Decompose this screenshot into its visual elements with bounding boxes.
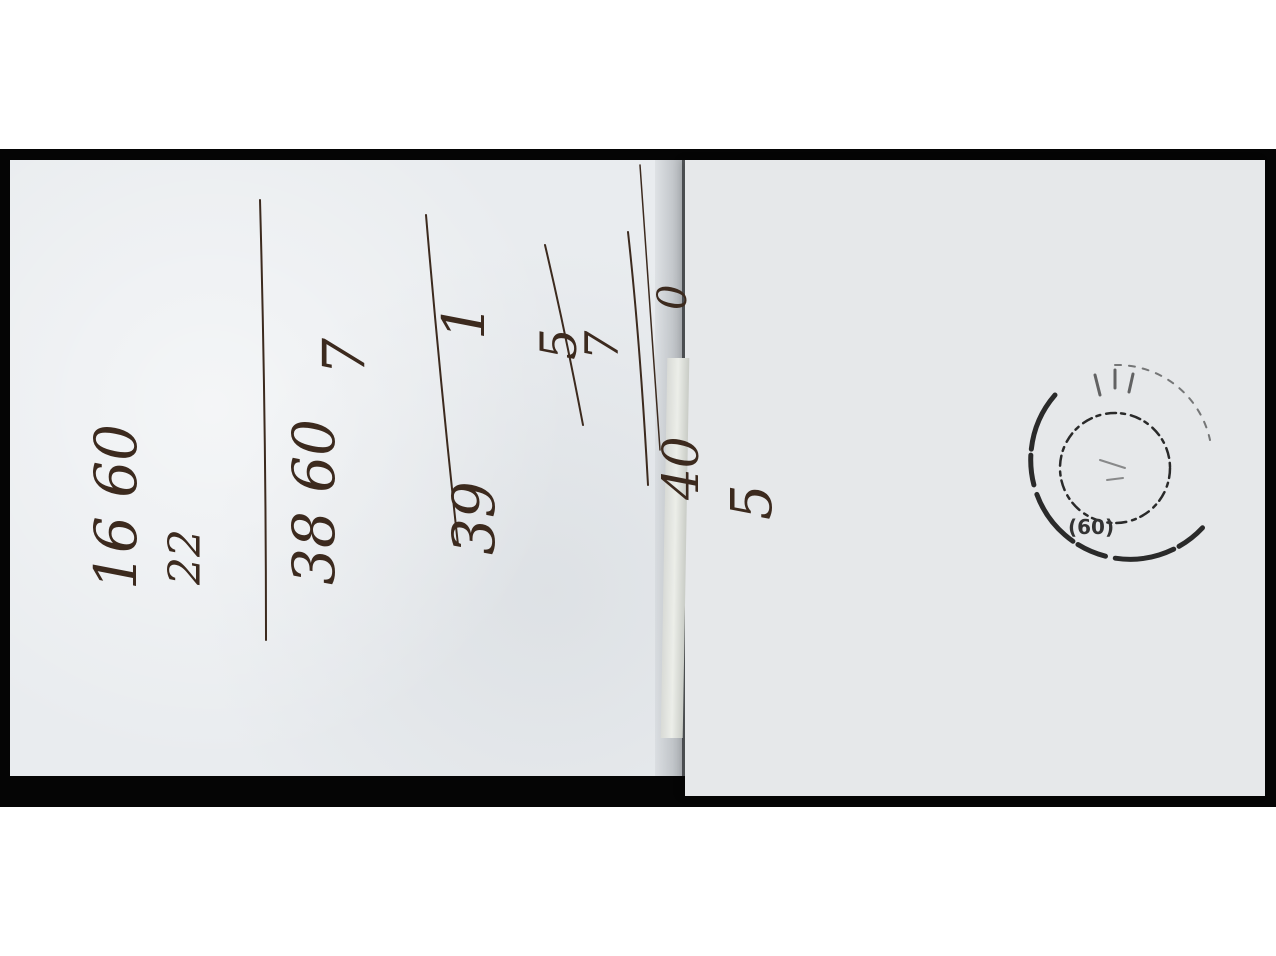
note-7-1b: 1 — [430, 303, 498, 340]
note-16: 16 60 — [82, 424, 150, 590]
postmark-number: (60) — [1068, 515, 1114, 539]
note-40: 40 — [652, 436, 710, 500]
note-5b: 5 — [720, 484, 785, 520]
postmark-circle — [1015, 350, 1215, 575]
note-7-1a: 7 — [310, 338, 378, 375]
note-22: 22 — [160, 529, 211, 585]
note-39: 39 — [440, 481, 508, 555]
note-0: 0 — [650, 285, 696, 310]
note-38-60: 38 60 — [280, 419, 348, 585]
note-7: 7 — [575, 331, 629, 360]
